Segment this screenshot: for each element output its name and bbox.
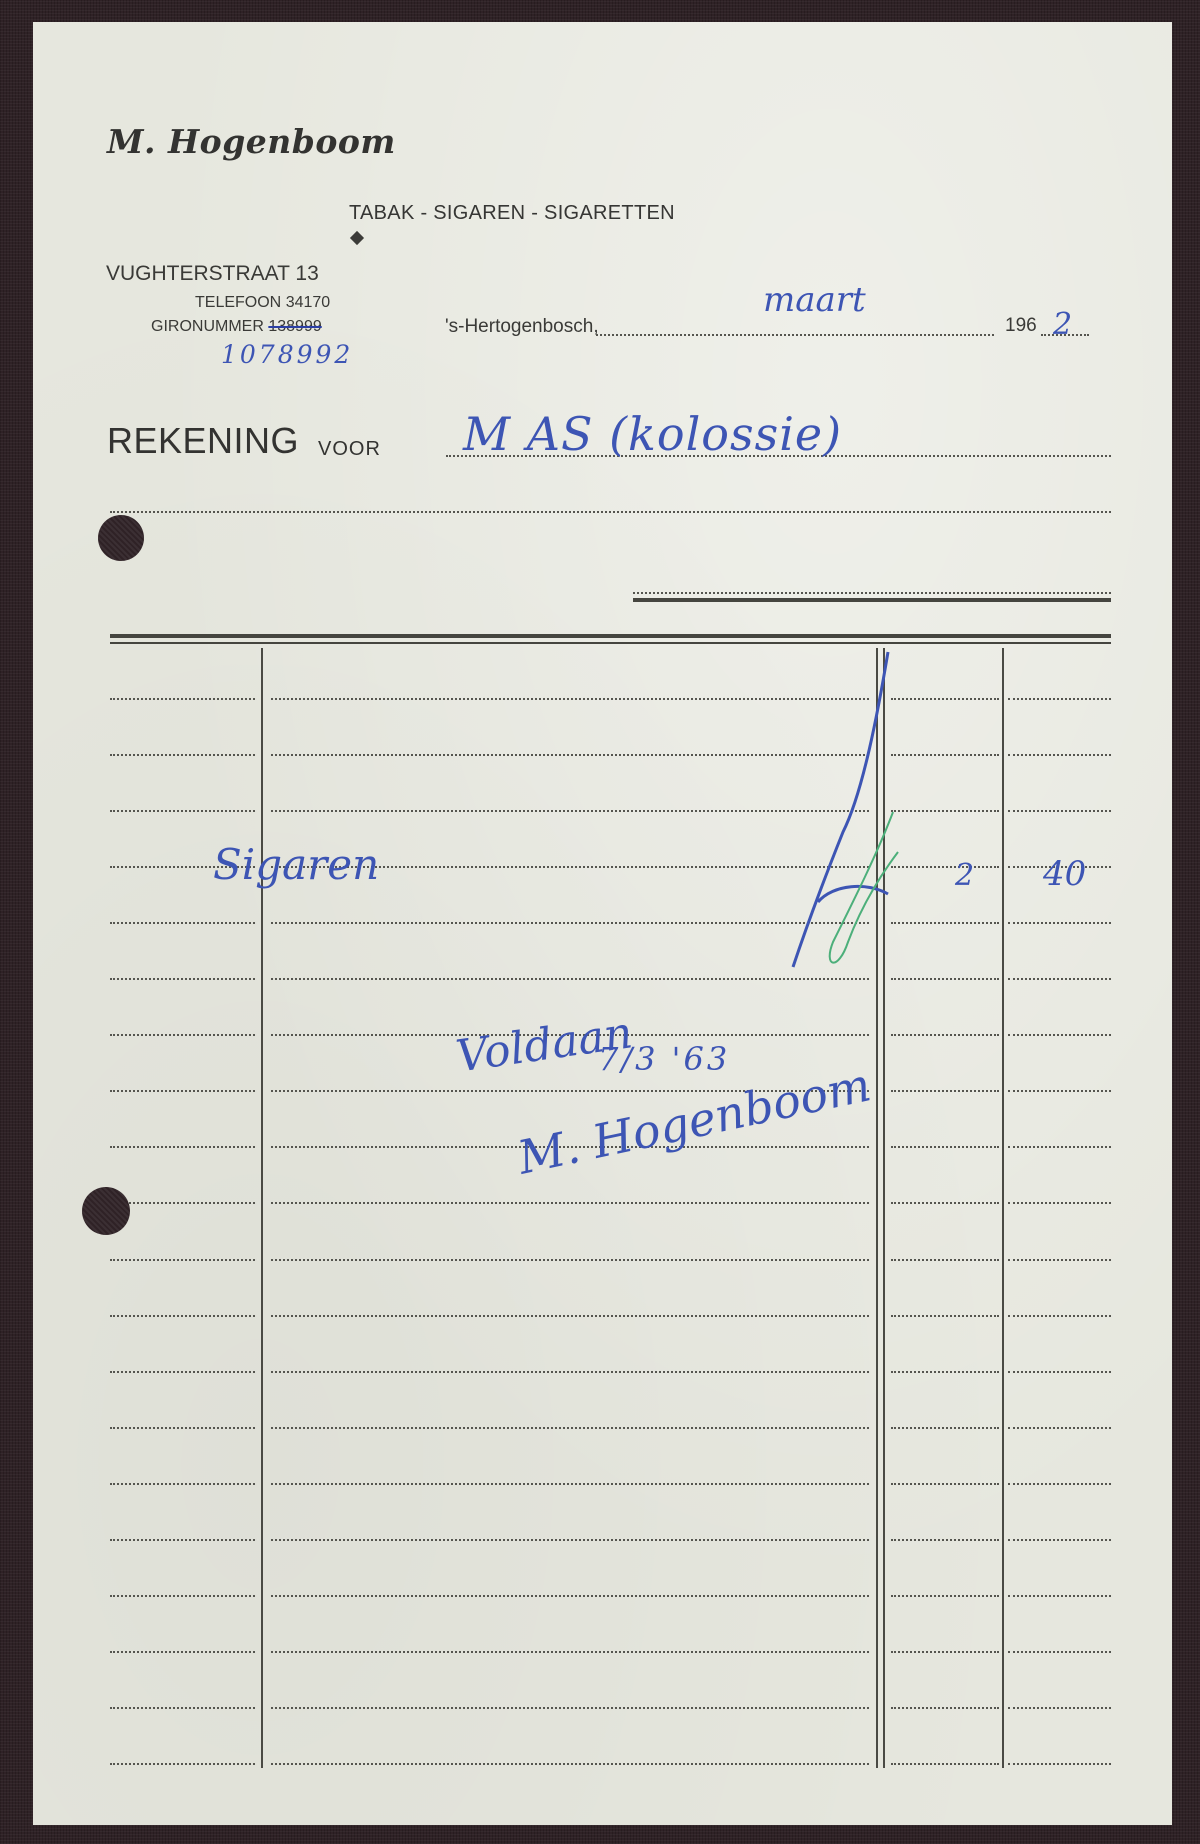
table-row-rule xyxy=(271,1371,869,1373)
table-row-rule xyxy=(1008,922,1111,924)
table-row-rule xyxy=(110,1651,255,1653)
table-row-rule xyxy=(891,1427,999,1429)
table-row-rule xyxy=(271,810,869,812)
table-row-rule xyxy=(271,1539,869,1541)
table-row-rule xyxy=(1008,1034,1111,1036)
date-month-handwritten: maart xyxy=(763,280,866,320)
table-row-rule xyxy=(110,1595,255,1597)
column-divider-date xyxy=(261,648,263,1768)
table-row-rule xyxy=(110,698,255,700)
giro-number-struck: 138999 xyxy=(268,318,321,335)
table-row-rule xyxy=(110,1315,255,1317)
table-row-rule xyxy=(271,754,869,756)
year-suffix-handwritten: 2 xyxy=(1053,307,1072,342)
table-row-rule xyxy=(271,1707,869,1709)
table-row-rule xyxy=(271,978,869,980)
table-row-rule xyxy=(891,754,999,756)
extra-solid-line xyxy=(633,598,1111,602)
invoice-title: REKENING xyxy=(107,420,299,462)
table-row-rule xyxy=(271,1202,869,1204)
diamond-ornament-icon xyxy=(350,231,364,245)
table-row-rule xyxy=(891,866,999,868)
table-row-rule xyxy=(110,1090,255,1092)
table-row-rule xyxy=(891,1539,999,1541)
table-row-rule xyxy=(891,1595,999,1597)
address-dotted-line xyxy=(110,511,1111,513)
column-divider-desc-left xyxy=(876,648,878,1768)
business-name: M. Hogenboom xyxy=(107,122,396,161)
table-row-rule xyxy=(1008,1539,1111,1541)
table-row-rule xyxy=(891,1034,999,1036)
table-row-rule xyxy=(891,978,999,980)
table-row-rule xyxy=(110,1483,255,1485)
table-row-rule xyxy=(271,1315,869,1317)
table-row-rule xyxy=(110,1034,255,1036)
table-row-rule xyxy=(1008,1651,1111,1653)
table-row-rule xyxy=(891,1315,999,1317)
table-row-rule xyxy=(271,1483,869,1485)
phone-label: TELEFOON xyxy=(195,294,281,311)
invoice-for-label: VOOR xyxy=(318,438,381,461)
table-row-rule xyxy=(110,1707,255,1709)
giro-line: GIRONUMMER 138999 xyxy=(151,318,322,336)
punch-hole-top xyxy=(98,515,144,561)
table-row-rule xyxy=(1008,1259,1111,1261)
business-tagline: TABAK - SIGAREN - SIGARETTEN xyxy=(349,202,675,225)
table-row-rule xyxy=(1008,1763,1111,1765)
giro-label: GIRONUMMER xyxy=(151,318,264,335)
giro-number-handwritten: 1078992 xyxy=(221,340,353,369)
paid-date: 7/3 '63 xyxy=(598,1040,730,1078)
extra-dotted-line xyxy=(633,592,1111,594)
table-row-rule xyxy=(891,1483,999,1485)
table-row-rule xyxy=(891,1371,999,1373)
item-amount-whole: 2 xyxy=(955,858,974,893)
invoice-paper: M. Hogenboom TABAK - SIGAREN - SIGARETTE… xyxy=(33,22,1172,1825)
table-row-rule xyxy=(271,1259,869,1261)
table-row-rule xyxy=(271,1595,869,1597)
table-row-rule xyxy=(110,1763,255,1765)
table-row-rule xyxy=(110,1259,255,1261)
table-row-rule xyxy=(271,1651,869,1653)
item-description-handwritten: Sigaren xyxy=(213,840,379,889)
item-amount-cents: 40 xyxy=(1043,854,1086,894)
table-row-rule xyxy=(1008,1202,1111,1204)
recipient-handwritten: M AS (kolossie) xyxy=(463,407,842,461)
table-row-rule xyxy=(1008,1090,1111,1092)
table-row-rule xyxy=(891,698,999,700)
table-row-rule xyxy=(891,1202,999,1204)
column-divider-amount xyxy=(1002,648,1004,1768)
table-top-thick-rule xyxy=(110,634,1111,638)
table-row-rule xyxy=(110,810,255,812)
punch-hole-bottom xyxy=(82,1187,130,1235)
year-prefix: 196 xyxy=(1005,315,1037,337)
table-row-rule xyxy=(1008,1483,1111,1485)
date-dotted-line xyxy=(596,334,994,336)
table-row-rule xyxy=(110,922,255,924)
table-row-rule xyxy=(110,1539,255,1541)
table-row-rule xyxy=(891,1763,999,1765)
table-row-rule xyxy=(110,1202,255,1204)
table-row-rule xyxy=(891,1090,999,1092)
table-row-rule xyxy=(1008,978,1111,980)
table-row-rule xyxy=(110,1371,255,1373)
phone-line: TELEFOON 34170 xyxy=(195,294,330,312)
table-row-rule xyxy=(1008,698,1111,700)
table-row-rule xyxy=(1008,1707,1111,1709)
table-row-rule xyxy=(110,978,255,980)
table-row-rule xyxy=(271,922,869,924)
table-row-rule xyxy=(891,1707,999,1709)
city-label: 's-Hertogenbosch, xyxy=(445,316,599,338)
table-row-rule xyxy=(1008,1427,1111,1429)
table-row-rule xyxy=(110,1427,255,1429)
table-row-rule xyxy=(891,1146,999,1148)
table-row-rule xyxy=(1008,810,1111,812)
table-row-rule xyxy=(271,1763,869,1765)
table-row-rule xyxy=(110,754,255,756)
table-row-rule xyxy=(891,1259,999,1261)
table-row-rule xyxy=(1008,1371,1111,1373)
table-top-thin-rule xyxy=(110,642,1111,644)
table-row-rule xyxy=(1008,1315,1111,1317)
table-row-rule xyxy=(891,922,999,924)
table-row-rule xyxy=(1008,1146,1111,1148)
table-row-rule xyxy=(891,810,999,812)
table-row-rule xyxy=(110,1146,255,1148)
phone-number: 34170 xyxy=(286,294,331,311)
business-address: VUGHTERSTRAAT 13 xyxy=(106,262,319,286)
column-divider-desc-right xyxy=(883,648,885,1768)
table-row-rule xyxy=(1008,754,1111,756)
table-row-rule xyxy=(271,1427,869,1429)
table-row-rule xyxy=(1008,1595,1111,1597)
table-row-rule xyxy=(891,1651,999,1653)
table-row-rule xyxy=(271,698,869,700)
